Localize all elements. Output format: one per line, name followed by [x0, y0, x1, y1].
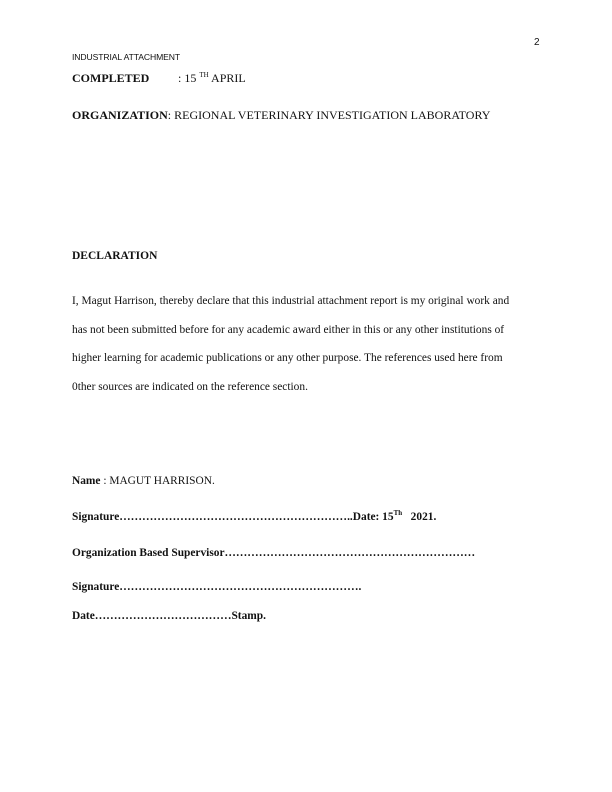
- organization-value: : REGIONAL VETERINARY INVESTIGATION LABO…: [168, 108, 491, 122]
- student-signature-line: Signature……………………………………………………..Date: 15T…: [72, 511, 436, 523]
- declaration-line: has not been submitted before for any ac…: [72, 316, 542, 345]
- student-date-year: 2021.: [402, 511, 436, 523]
- completed-line: COMPLETED: 15 TH APRIL: [72, 71, 246, 86]
- date-stamp-line: Date………………………………Stamp.: [72, 610, 266, 622]
- completed-value-sup: TH: [199, 71, 208, 79]
- supervisor-line: Organization Based Supervisor………………………………: [72, 547, 475, 559]
- student-date-sup: Th: [394, 509, 403, 517]
- declaration-line: I, Magut Harrison, thereby declare that …: [72, 287, 542, 316]
- name-label: Name: [72, 475, 100, 487]
- declaration-title: DECLARATION: [72, 250, 157, 262]
- organization-line: ORGANIZATION: REGIONAL VETERINARY INVEST…: [72, 108, 490, 123]
- organization-label: ORGANIZATION: [72, 108, 168, 122]
- declaration-line: higher learning for academic publication…: [72, 344, 542, 373]
- supervisor-signature-line: Signature……………………………………………………….: [72, 581, 361, 593]
- declaration-line: 0ther sources are indicated on the refer…: [72, 373, 542, 402]
- running-header: INDUSTRIAL ATTACHMENT: [72, 52, 180, 62]
- student-signature-text: Signature……………………………………………………..Date: 15: [72, 511, 394, 523]
- completed-value-suffix: APRIL: [209, 71, 246, 85]
- name-value: : MAGUT HARRISON.: [100, 475, 214, 487]
- declaration-paragraph: I, Magut Harrison, thereby declare that …: [72, 287, 542, 401]
- completed-label: COMPLETED: [72, 71, 178, 86]
- name-line: Name : MAGUT HARRISON.: [72, 475, 215, 487]
- page-number: 2: [534, 37, 540, 48]
- completed-value-prefix: : 15: [178, 71, 199, 85]
